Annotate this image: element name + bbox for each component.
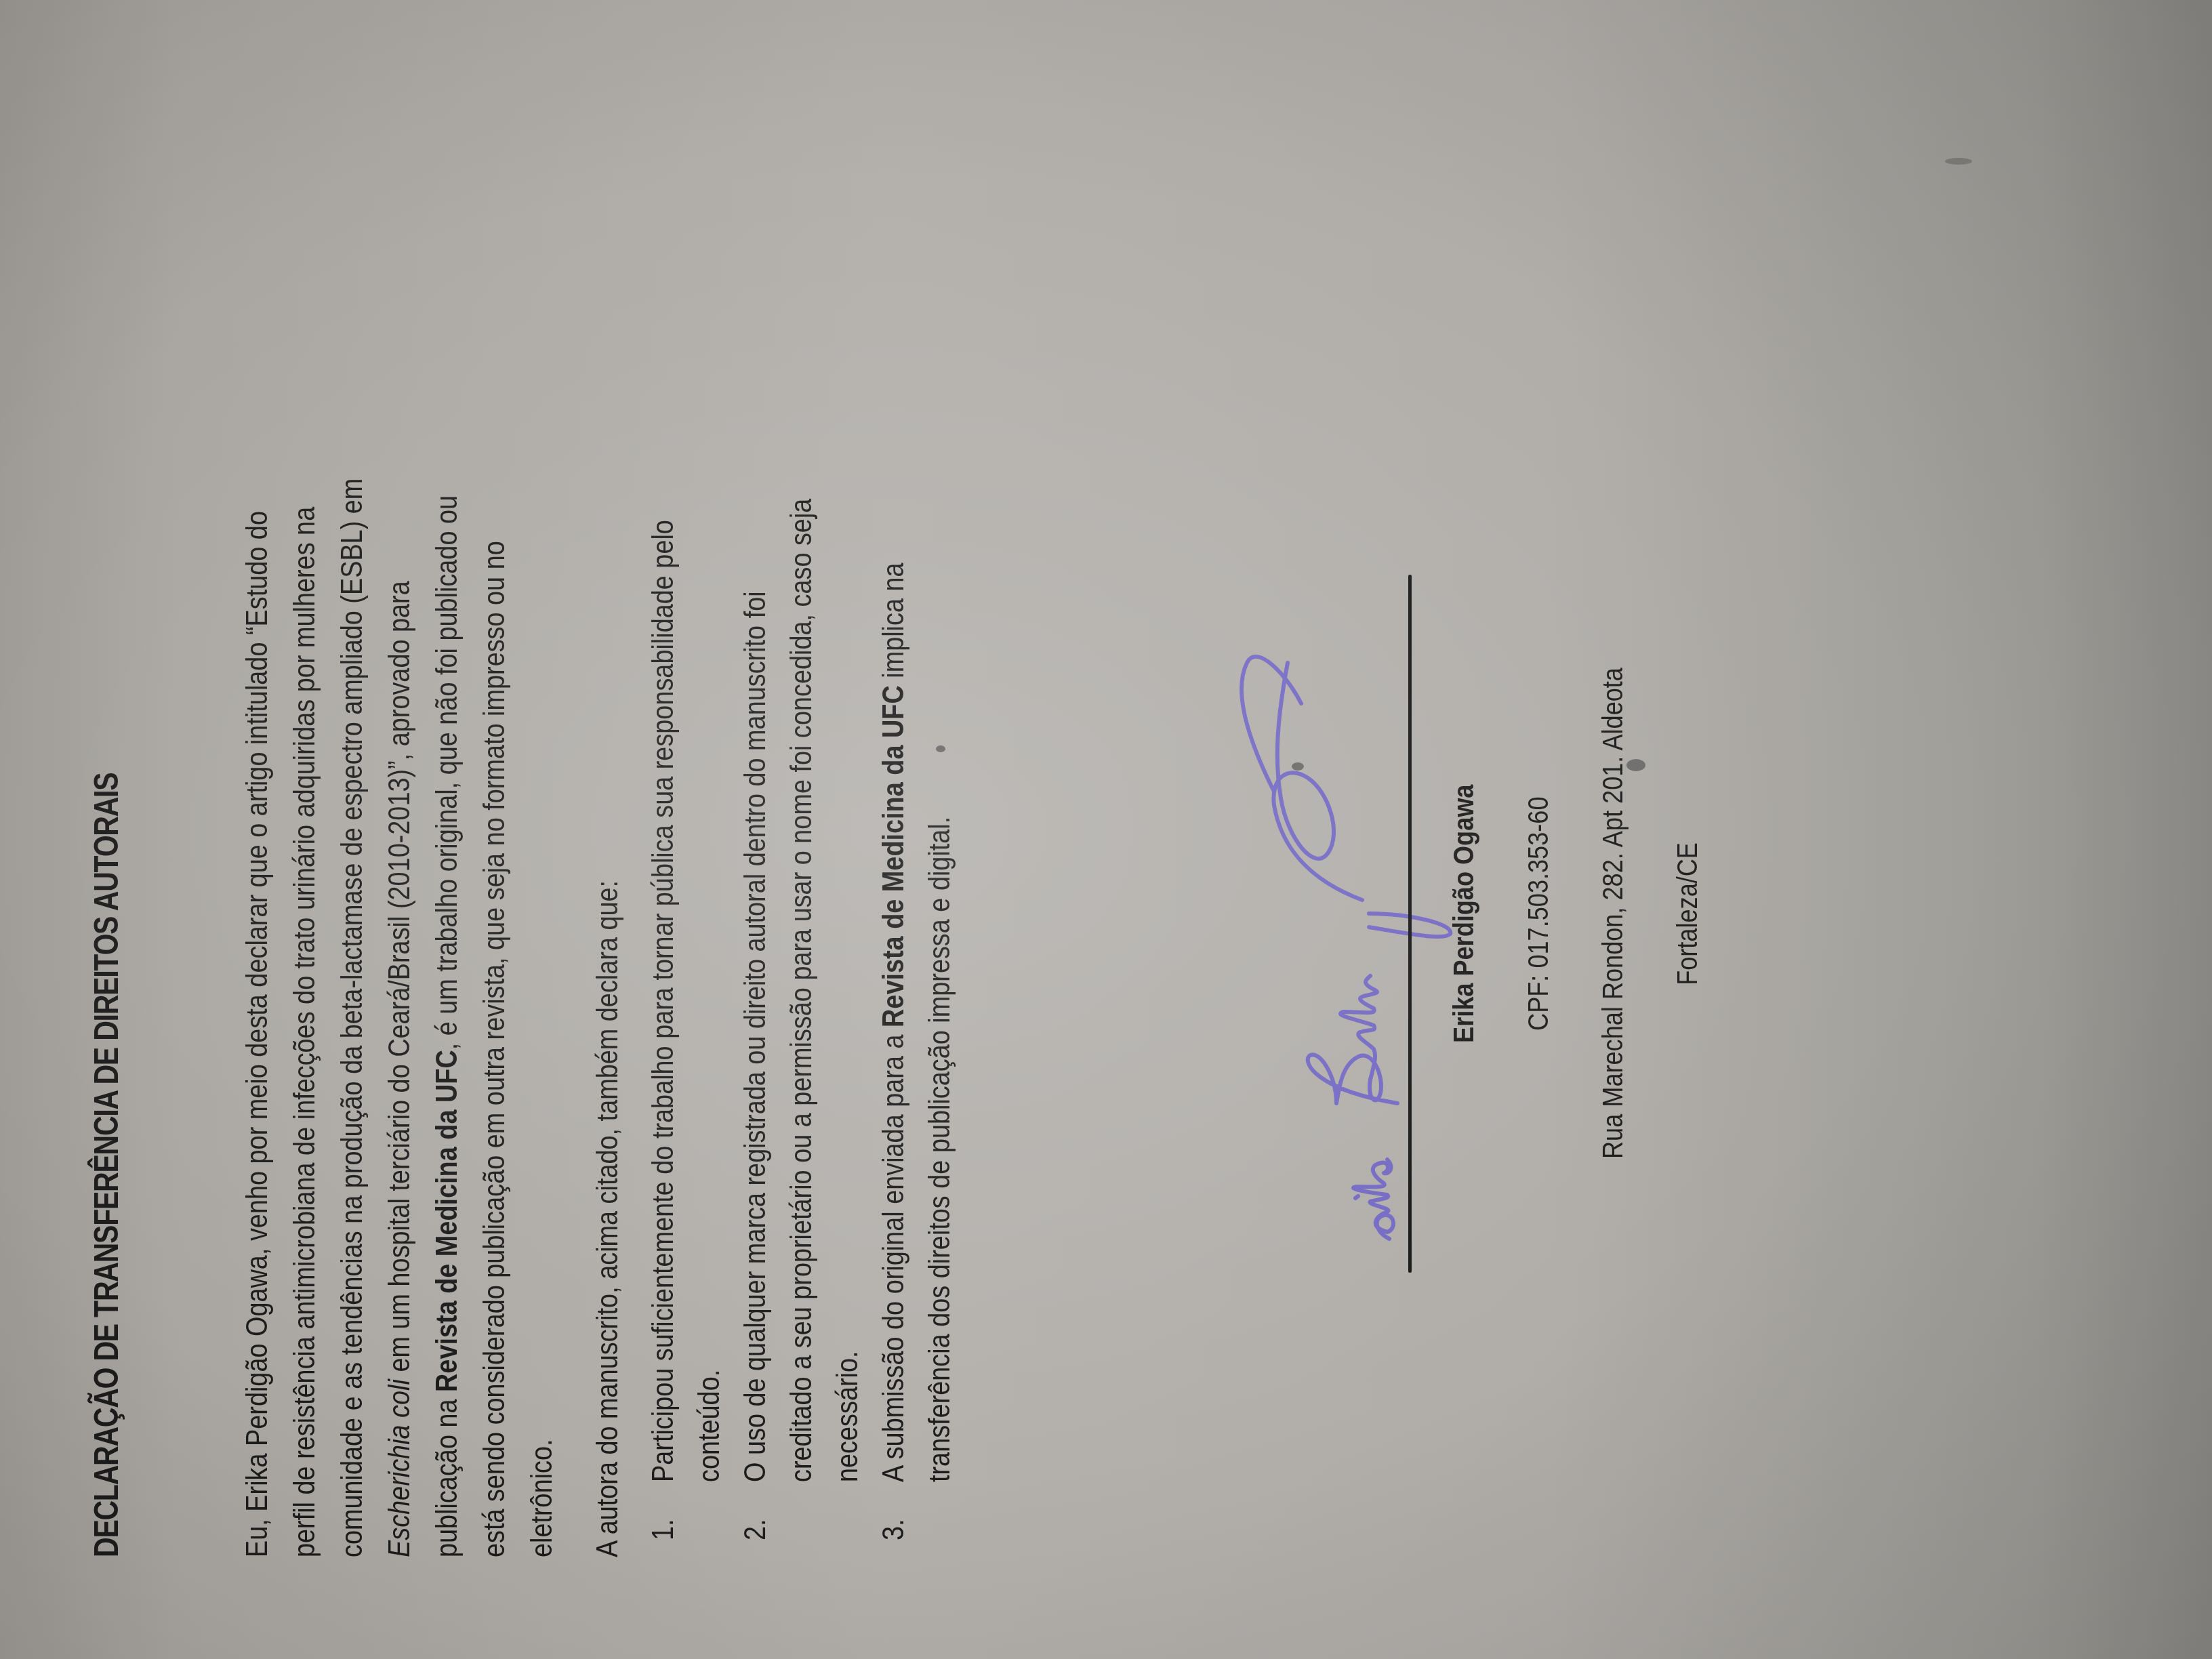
paragraph-line: Eu, Erika Perdigão Ogawa, venho por meio… bbox=[234, 147, 281, 1557]
signatory-city: Fortaleza/CE bbox=[1667, 575, 1742, 1252]
signatory-info: Erika Perdigão Ogawa CPF: 017.503.353-60… bbox=[1443, 575, 1742, 1252]
paragraph-line: publicação na Revista de Medicina da UFC… bbox=[424, 147, 471, 1557]
declaration-paragraph: Eu, Erika Perdigão Ogawa, venho por meio… bbox=[234, 147, 566, 1557]
list-intro: A autora do manuscrito, acima citado, ta… bbox=[591, 880, 625, 1557]
declaration-list: 1. Participou suficientemente do trabalh… bbox=[640, 142, 963, 1540]
paragraph-line: está sendo considerado publicação em out… bbox=[471, 147, 518, 1557]
list-item: 3. A submissão do original enviada para … bbox=[871, 142, 963, 1540]
journal-name: Revista de Medicina da UFC bbox=[877, 685, 910, 1027]
list-item: 2. O uso de qualquer marca registrada ou… bbox=[733, 142, 871, 1540]
signature-ink bbox=[1242, 657, 1450, 1239]
list-number: 3. bbox=[871, 1519, 917, 1540]
paragraph-line: perfil de resistência antimicrobiana de … bbox=[281, 147, 329, 1557]
journal-name: Revista de Medicina da UFC bbox=[430, 1050, 464, 1392]
paragraph-line: eletrônico. bbox=[518, 147, 566, 1557]
signature-line bbox=[1408, 575, 1412, 1273]
document-page: DECLARAÇÃO DE TRANSFERÊNCIA DE DIREITOS … bbox=[0, 0, 2212, 1659]
paragraph-line: Escherichia coli em um hospital terciári… bbox=[376, 147, 424, 1557]
paper-speck bbox=[1292, 762, 1304, 771]
paragraph-line: comunidade e as tendências na produção d… bbox=[329, 147, 376, 1557]
list-item: 1. Participou suficientemente do trabalh… bbox=[640, 142, 733, 1540]
handwritten-signature bbox=[1220, 520, 1464, 1279]
signatory-address: Rua Marechal Rondon, 282. Apt 201. Aldeo… bbox=[1593, 575, 1667, 1252]
list-number: 2. bbox=[733, 1519, 779, 1540]
paper-speck bbox=[1945, 158, 1972, 165]
document-title: DECLARAÇÃO DE TRANSFERÊNCIA DE DIREITOS … bbox=[87, 773, 126, 1557]
list-number: 1. bbox=[640, 1519, 687, 1540]
species-name: Escherichia coli bbox=[383, 1379, 416, 1557]
signatory-name: Erika Perdigão Ogawa bbox=[1443, 575, 1518, 1252]
paper-speck bbox=[936, 745, 945, 752]
signatory-cpf: CPF: 017.503.353-60 bbox=[1518, 575, 1593, 1252]
paper-speck bbox=[1626, 759, 1645, 771]
